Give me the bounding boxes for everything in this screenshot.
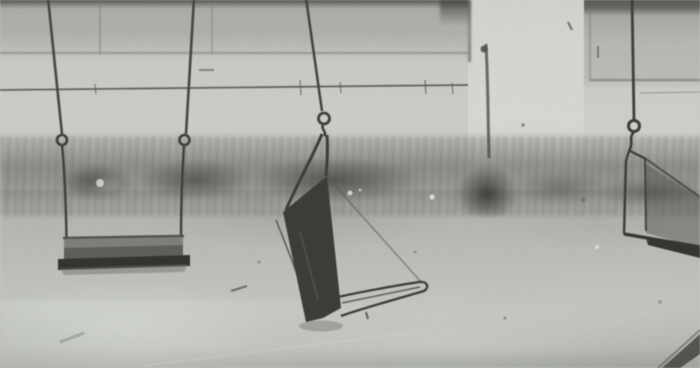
light-stone	[348, 191, 353, 196]
left-swing	[48, 0, 194, 275]
wall-specks	[521, 22, 700, 127]
seat-frame-side	[624, 161, 626, 234]
ring-link	[57, 135, 67, 145]
ground-smudge	[60, 333, 84, 342]
middle-swing-broken	[276, 0, 427, 332]
side-frame-loop	[338, 282, 427, 316]
ground-scratch	[140, 332, 420, 366]
loop-foot-peg	[366, 312, 368, 319]
corner-dark-object	[662, 334, 700, 368]
seat-frame-side	[62, 145, 67, 240]
right-swing	[624, 0, 700, 258]
twisted-link	[322, 124, 325, 136]
hanger-rod	[186, 0, 194, 134]
hanger-spread	[626, 151, 646, 161]
seat-interior-shade	[646, 164, 700, 248]
ground-details	[60, 179, 700, 368]
seat-frame-side	[645, 159, 646, 231]
hanger-rod	[306, 0, 322, 111]
seat-frame-side	[181, 145, 184, 238]
dark-stone	[504, 317, 507, 320]
hanger-rod	[632, 0, 634, 120]
ring-link	[629, 121, 640, 132]
seat-shadow	[299, 321, 343, 332]
ground-stick	[231, 286, 247, 291]
wall-wire	[0, 70, 468, 95]
seat-frame-rail	[328, 178, 422, 283]
swings-layer	[0, 0, 700, 368]
photo-root	[0, 0, 700, 368]
dark-stone	[581, 198, 585, 202]
dark-stone	[414, 251, 417, 254]
dark-stone	[258, 261, 261, 264]
dark-stone	[658, 300, 662, 304]
hanger-strap	[326, 135, 327, 176]
twisted-link	[629, 132, 634, 151]
ring-link	[319, 113, 330, 124]
light-patch	[96, 179, 104, 187]
wall-drip-streak	[481, 44, 490, 158]
light-stone	[430, 195, 435, 200]
hanger-rod	[48, 0, 62, 134]
light-stone	[595, 245, 599, 249]
ring-link	[180, 135, 190, 145]
light-stone	[359, 189, 362, 192]
